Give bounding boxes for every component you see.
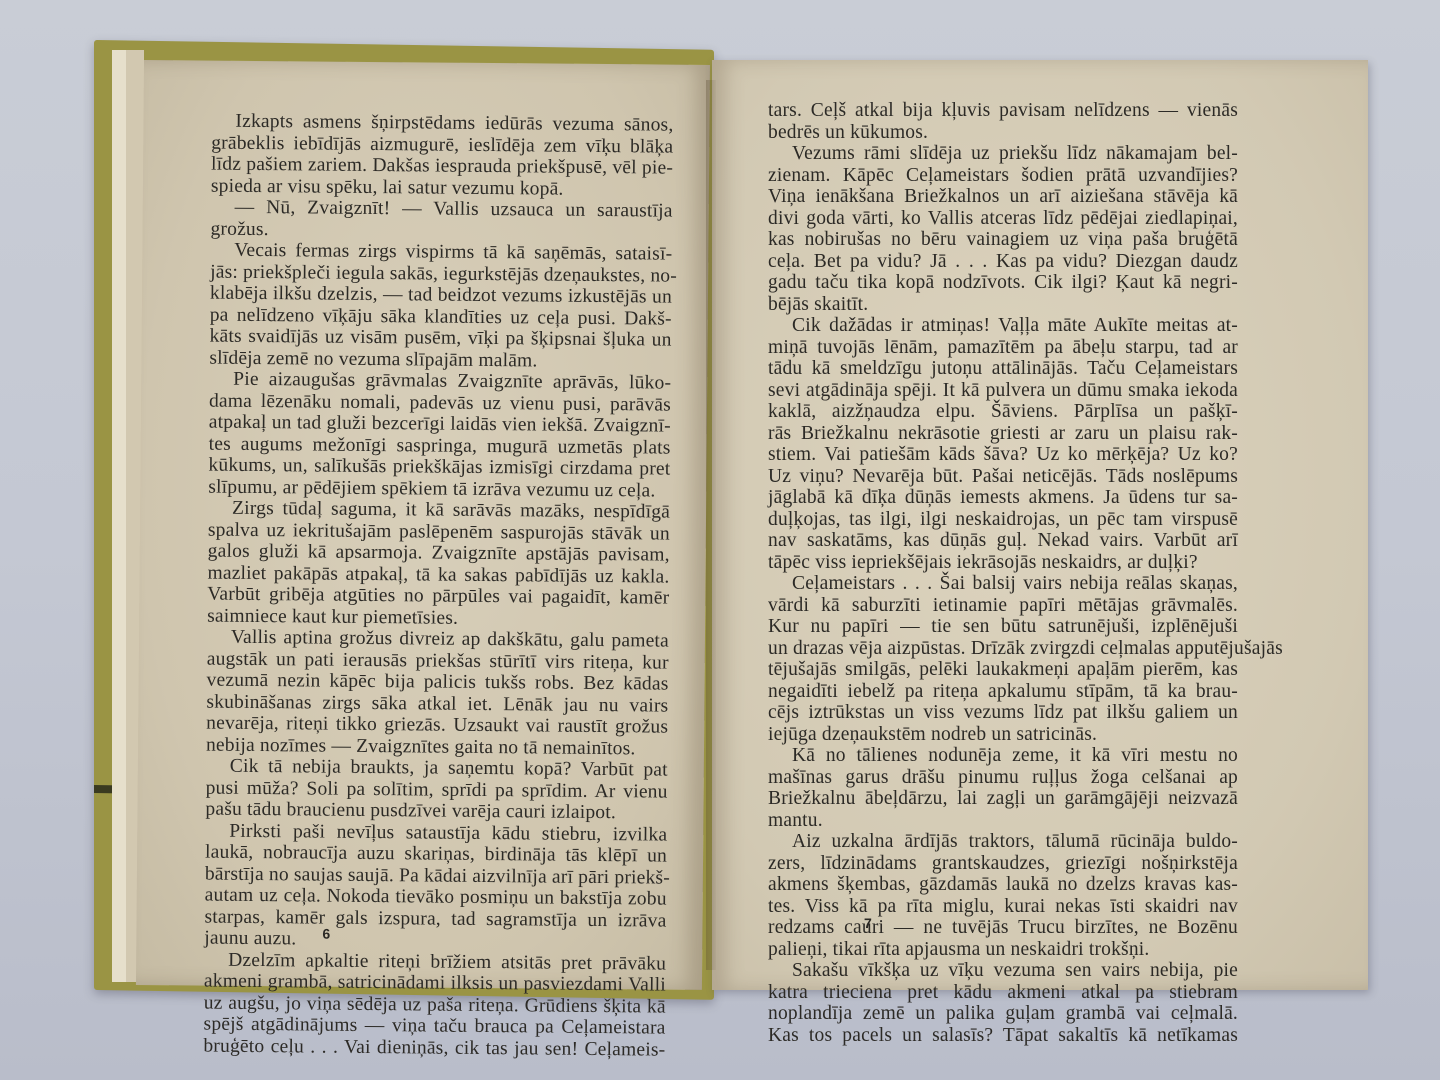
page-stack-edge [112, 50, 126, 982]
text-line: noplandīja zemē un palika guļam grambā v… [768, 1003, 1238, 1025]
text-line: cējs iztrūkstas un viss vezums līdz pat … [768, 702, 1238, 724]
left-page-text: Izkapts asmens šņirpstēdams iedūrās vezu… [203, 111, 673, 1061]
text-line: Kur nu papīri — tie sen būtu satrunējuši… [768, 616, 1238, 638]
photo-scene: Izkapts asmens šņirpstēdams iedūrās vezu… [0, 0, 1440, 1080]
text-line: divi goda vārti, ko Vallis atceras līdz … [768, 208, 1238, 230]
right-page-text: tars. Ceļš atkal bija kļuvis pavisam nel… [768, 100, 1238, 1046]
text-line: Sakašu vīkšķa uz vīķu vezuma sen vairs n… [768, 960, 1238, 982]
text-line: mašīnas garus drāšu pinumu ruļļus žoga c… [768, 767, 1238, 789]
text-line: rās Briežkalnu nekrāsotie griesti ar zar… [768, 423, 1238, 445]
text-line: miņā tuvojās lēnām, pamazītēm pa ābeļu s… [768, 337, 1238, 359]
book-gutter [706, 80, 716, 970]
text-line: mantu. [768, 810, 1238, 832]
text-line: gadu taču tika kopā nodzīvots. Cik ilgi?… [768, 272, 1238, 294]
text-line: nav saskatāms, kas dūņās guļ. Nekad vair… [768, 530, 1238, 552]
text-line: zers, līdzinādams grantskaudzes, griezīg… [768, 853, 1238, 875]
text-line: iejūga dzeņaukstēm nodreb un satricinās. [768, 724, 1238, 746]
text-line: bruģēto ceļu . . . Vai dieniņās, cik tas… [203, 1035, 665, 1061]
text-line: jāglabā kā dīķa dūņās iemests akmens. Ja… [768, 487, 1238, 509]
text-line: Vezums rāmi slīdēja uz priekšu līdz nāka… [768, 143, 1238, 165]
text-line: akmens šķembas, gāzdamās laukā no dzelzs… [768, 874, 1238, 896]
left-page: Izkapts asmens šņirpstēdams iedūrās vezu… [136, 60, 710, 990]
text-line: redzams cauri — ne tuvējās Trucu birzīte… [768, 917, 1238, 939]
text-line: tars. Ceļš atkal bija kļuvis pavisam nel… [768, 100, 1238, 122]
text-line: Cik dažādas ir atmiņas! Vaļļa māte Aukīt… [768, 315, 1238, 337]
right-page: tars. Ceļš atkal bija kļuvis pavisam nel… [712, 60, 1368, 990]
text-line: stiem. Vai patiešām kāds šāva? Uz ko mēr… [768, 444, 1238, 466]
text-line: Aiz uzkalna ārdījās traktors, tālumā rūc… [768, 831, 1238, 853]
text-line: — Nū, Zvaigznīt! — Vallis uzsauca un sar… [211, 197, 673, 223]
text-line: negaidīti iebelž pa riteņa apkalumu stīp… [768, 681, 1238, 703]
text-line: kaklā, aizžņaudza elpu. Šāviens. Pārplīs… [768, 401, 1238, 423]
text-line: tādu kā smeldzīgu jutoņu attālinājās. Ta… [768, 358, 1238, 380]
text-line: palieņi, tikai rīta apjausma un neskaidr… [768, 939, 1238, 961]
text-line: tāpēc viss iepriekšējais iekrāsojās nesk… [768, 552, 1238, 574]
text-line: Ceļameistars . . . Šai balsij vairs nebi… [768, 573, 1238, 595]
text-line: Viņa ienākšana Briežkalnos un arī aizieš… [768, 186, 1238, 208]
text-line: Uz viņu? Nevarēja būt. Pašai neticējās. … [768, 466, 1238, 488]
text-line: duļķojas, tas ilgi, ilgi neskaidrojas, u… [768, 509, 1238, 531]
text-line: zienam. Kāpēc Ceļameistars šodien prātā … [768, 165, 1238, 187]
text-line: Kā no tālienes nodunēja zeme, it kā vīri… [768, 745, 1238, 767]
text-line: Kas tos pacels un salasīs? Tāpat sakaltī… [768, 1025, 1238, 1047]
text-line: vārdi kā saburzīti ietinamie papīri mētā… [768, 595, 1238, 617]
page-number-right: 7 [864, 915, 872, 931]
text-line: bedrēs un kūkumos. [768, 122, 1238, 144]
text-line: bējās skaitīt. [768, 294, 1238, 316]
text-line: un drazas vēja aizpūstas. Drīzāk zvirgzd… [768, 638, 1238, 660]
text-line: kas nobirušas no bēru vainagiem uz viņa … [768, 229, 1238, 251]
text-line: ceļa. Bet pa vidu? Jā . . . Kas pa vidu?… [768, 251, 1238, 273]
text-line: Briežkalnu ābeļdārzu, lai zagļi un garām… [768, 788, 1238, 810]
page-number-left: 6 [322, 926, 330, 942]
text-line: tējušajās smilgās, pelēki laukakmeņi apa… [768, 659, 1238, 681]
text-line: sevi atgādināja spēji. It kā pulvera un … [768, 380, 1238, 402]
text-line: tes. Viss kā pa rīta miglu, kurai nekas … [768, 896, 1238, 918]
text-line: katra trieciena pret kādu akmeni atkal p… [768, 982, 1238, 1004]
